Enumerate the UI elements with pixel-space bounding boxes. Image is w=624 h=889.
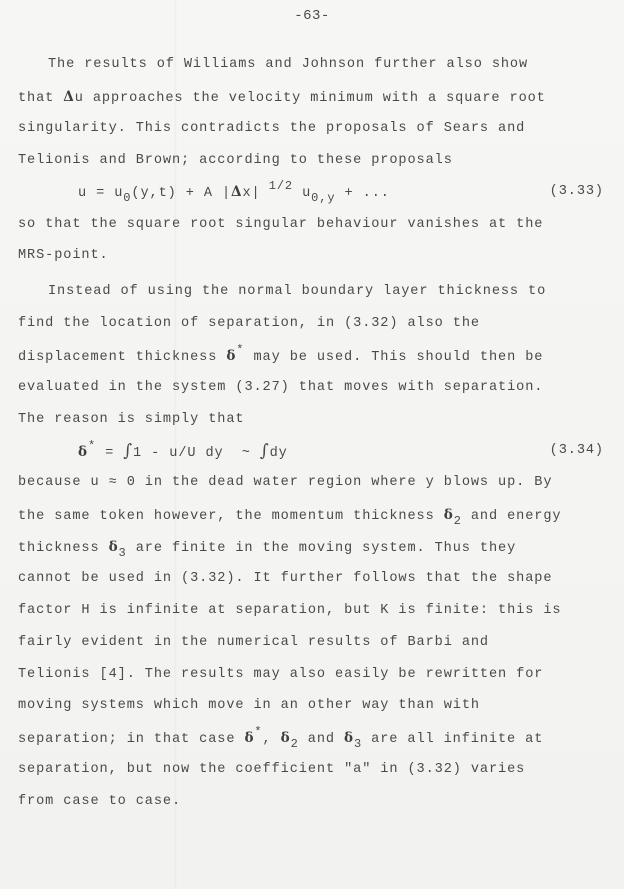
equation-number: (3.34): [550, 442, 604, 460]
equation-number: (3.33): [550, 183, 604, 201]
text-fragment: are finite in the moving system. Thus th…: [127, 541, 516, 556]
eq-part: + ...: [335, 186, 389, 201]
superscript: *: [254, 725, 262, 739]
eq-part: u: [293, 186, 311, 201]
text-line: MRS-point.: [18, 247, 109, 265]
eq-part: 1 - u/U dy ~: [133, 446, 260, 461]
eq-part: u = u: [78, 186, 123, 201]
equation-3-34: δ* = ∫1 - u/U dy ~ ∫dy: [78, 442, 288, 463]
text-fragment: ,: [263, 732, 281, 747]
document-page: -63- The results of Williams and Johnson…: [0, 0, 624, 889]
subscript: 3: [119, 546, 127, 560]
text-line: Telionis [4]. The results may also easil…: [18, 666, 543, 684]
equation-3-33: u = u0(y,t) + A |Δx| 1/2 u0,y + ...: [78, 183, 390, 203]
delta-symbol: δ: [226, 348, 236, 364]
text-line: singularity. This contradicts the propos…: [18, 120, 525, 138]
text-line: moving systems which move in an other wa…: [18, 697, 480, 715]
text-line: thickness δ3 are finite in the moving sy…: [18, 538, 516, 558]
text-fragment: separation; in that case: [18, 732, 244, 747]
text-line: displacement thickness δ* may be used. T…: [18, 347, 543, 367]
text-fragment: displacement thickness: [18, 350, 226, 365]
text-line: The results of Williams and Johnson furt…: [48, 56, 528, 74]
subscript: 2: [454, 514, 462, 528]
subscript: 2: [291, 737, 299, 751]
text-fragment: may be used. This should then be: [244, 350, 543, 365]
delta-symbol: δ: [244, 730, 254, 746]
text-line: that Δu approaches the velocity minimum …: [18, 88, 546, 108]
text-line: fairly evident in the numerical results …: [18, 634, 489, 652]
eq-part: =: [96, 446, 123, 461]
delta-symbol: δ: [444, 507, 454, 523]
text-fragment: are all infinite at: [362, 732, 543, 747]
text-line: separation; in that case δ*, δ2 and δ3 a…: [18, 729, 543, 749]
text-line: factor H is infinite at separation, but …: [18, 602, 561, 620]
text-line: because u ≈ 0 in the dead water region w…: [18, 474, 552, 492]
text-line: from case to case.: [18, 793, 181, 811]
eq-sub: 0,y: [311, 191, 335, 205]
text-line: Instead of using the normal boundary lay…: [48, 283, 546, 301]
delta-symbol: Δ: [63, 89, 74, 105]
eq-exponent: 1/2: [261, 179, 293, 193]
delta-symbol: Δ: [231, 184, 242, 200]
delta-symbol: δ: [78, 444, 88, 460]
text-line: evaluated in the system (3.27) that move…: [18, 379, 543, 397]
text-line: cannot be used in (3.32). It further fol…: [18, 570, 552, 588]
eq-part: dy: [270, 446, 288, 461]
eq-part: (y,t) + A |: [131, 186, 231, 201]
subscript: 3: [354, 737, 362, 751]
delta-symbol: δ: [109, 539, 119, 555]
text-fragment: u approaches the velocity minimum with a…: [75, 91, 546, 106]
eq-part: x|: [243, 186, 261, 201]
text-line: find the location of separation, in (3.3…: [18, 315, 480, 333]
integral-symbol: ∫: [123, 441, 133, 461]
page-number: -63-: [0, 8, 624, 24]
text-fragment: and energy: [462, 509, 562, 524]
text-fragment: and: [299, 732, 344, 747]
text-fragment: thickness: [18, 541, 109, 556]
text-fragment: the same token however, the momentum thi…: [18, 509, 444, 524]
text-line: The reason is simply that: [18, 411, 244, 429]
delta-symbol: δ: [281, 730, 291, 746]
text-fragment: that: [18, 91, 63, 106]
integral-symbol: ∫: [260, 441, 270, 461]
text-line: Telionis and Brown; according to these p…: [18, 152, 453, 170]
text-line: the same token however, the momentum thi…: [18, 506, 561, 526]
text-line: so that the square root singular behavio…: [18, 216, 543, 234]
text-line: separation, but now the coefficient "a" …: [18, 761, 525, 779]
superscript: *: [88, 439, 96, 453]
delta-symbol: δ: [344, 730, 354, 746]
